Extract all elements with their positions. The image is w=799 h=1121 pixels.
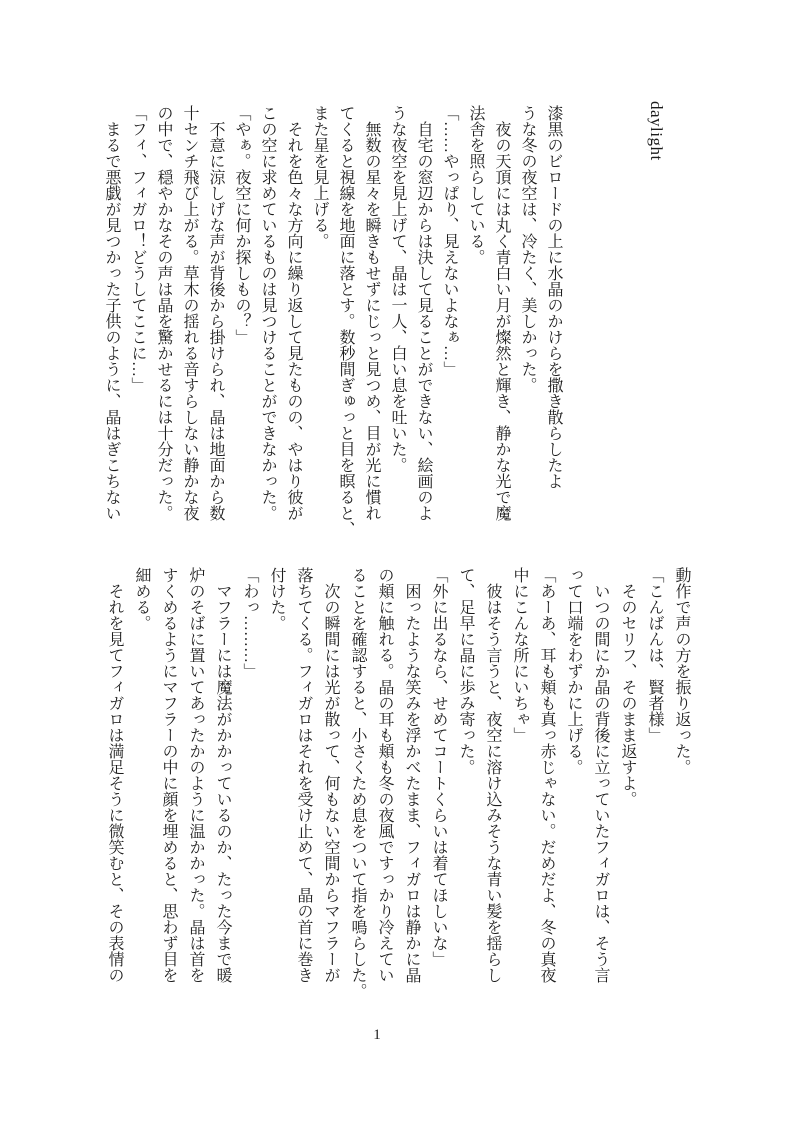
text-line: て、足早に晶に歩み寄った。 [452, 567, 479, 1005]
text-line: 法舎を照らしている。 [462, 105, 488, 543]
text-line: うな冬の夜空は、冷たく、美しかった。 [514, 105, 540, 543]
text-line: 無数の星々を瞬きもせずにじっと見つめ、目が光に慣れ [358, 105, 384, 543]
text-line: いつの間にか晶の背後に立っていたフィガロは、そう言 [587, 567, 614, 1005]
text-line: の中で、穏やかなその声は晶を驚かせるには十分だった。 [150, 105, 176, 543]
text-line: また星を見上げる。 [306, 105, 332, 543]
text-line: 次の瞬間には光が散って、何もない空間からマフラーが [317, 567, 344, 1005]
text-line: 自宅の窓辺からは決して見ることができない、絵画のよ [410, 105, 436, 543]
story-title: daylight [646, 101, 666, 161]
text-line: 炉のそばに置いてあったかのように温かかった。晶は首を [182, 567, 209, 1005]
text-line: すくめるようにマフラーの中に顔を埋めると、思わず目を [155, 567, 182, 1005]
text-line: 「わっ………」 [236, 567, 263, 1005]
upper-text-block: 漆黒のビロードの上に水晶のかけらを撒き散らしたような冬の夜空は、冷たく、美しかっ… [98, 105, 566, 543]
page-number: 1 [0, 1027, 754, 1044]
text-line: って口端をわずかに上げる。 [560, 567, 587, 1005]
text-line: 彼はそう言うと、夜空に溶け込みそうな青い髪を揺らし [479, 567, 506, 1005]
novel-page: daylight 漆黒のビロードの上に水晶のかけらを撒き散らしたような冬の夜空は… [0, 0, 799, 1121]
text-line: マフラーには魔法がかかっているのか、たった今まで暖 [209, 567, 236, 1005]
text-line: 「やぁ。夜空に何か探しもの？」 [228, 105, 254, 543]
text-line: 動作で声の方を振り返った。 [668, 567, 695, 1005]
text-line: 落ちてくる。フィガロはそれを受け止めて、晶の首に巻き [290, 567, 317, 1005]
text-line: 付けた。 [263, 567, 290, 1005]
text-line: てくると視線を地面に落とす。数秒間ぎゅっと目を瞑ると、 [332, 105, 358, 543]
text-line: 細める。 [128, 567, 155, 1005]
text-line: 漆黒のビロードの上に水晶のかけらを撒き散らしたよ [540, 105, 566, 543]
text-line: 「あーあ、耳も頬も真っ赤じゃない。だめだよ、冬の真夜 [533, 567, 560, 1005]
text-line: それを色々な方向に繰り返して見たものの、やはり彼が [280, 105, 306, 543]
text-line: そのセリフ、そのまま返すよ。 [614, 567, 641, 1005]
text-line: それを見てフィガロは満足そうに微笑むと、その表情の [101, 567, 128, 1005]
text-line: 十センチ飛び上がる。草木の揺れる音すらしない静かな夜 [176, 105, 202, 543]
text-line: 中にこんな所にいちゃ」 [506, 567, 533, 1005]
text-line: 「こんばんは、賢者様」 [641, 567, 668, 1005]
text-line: 「外に出るなら、せめてコートくらいは着てほしいな」 [425, 567, 452, 1005]
text-line: うな夜空を見上げて、晶は一人、白い息を吐いた。 [384, 105, 410, 543]
lower-text-block: 動作で声の方を振り返った。「こんばんは、賢者様」 そのセリフ、そのまま返すよ。 … [101, 567, 695, 1005]
text-line: ることを確認すると、小さくため息をついて指を鳴らした。 [344, 567, 371, 1005]
text-line: 不意に涼しげな声が背後から掛けられ、晶は地面から数 [202, 105, 228, 543]
text-line: まるで悪戯が見つかった子供のように、晶はぎこちない [98, 105, 124, 543]
text-line: 困ったような笑みを浮かべたまま、フィガロは静かに晶 [398, 567, 425, 1005]
text-line: この空に求めているものは見つけることができなかった。 [254, 105, 280, 543]
text-line: の頬に触れる。晶の耳も頬も冬の夜風ですっかり冷えてい [371, 567, 398, 1005]
text-line: 「……やっぱり、見えないよなぁ…」 [436, 105, 462, 543]
text-line: 夜の天頂には丸く青白い月が燦然と輝き、静かな光で魔 [488, 105, 514, 543]
text-line: 「フィ、フィガロ！どうしてここに…」 [124, 105, 150, 543]
